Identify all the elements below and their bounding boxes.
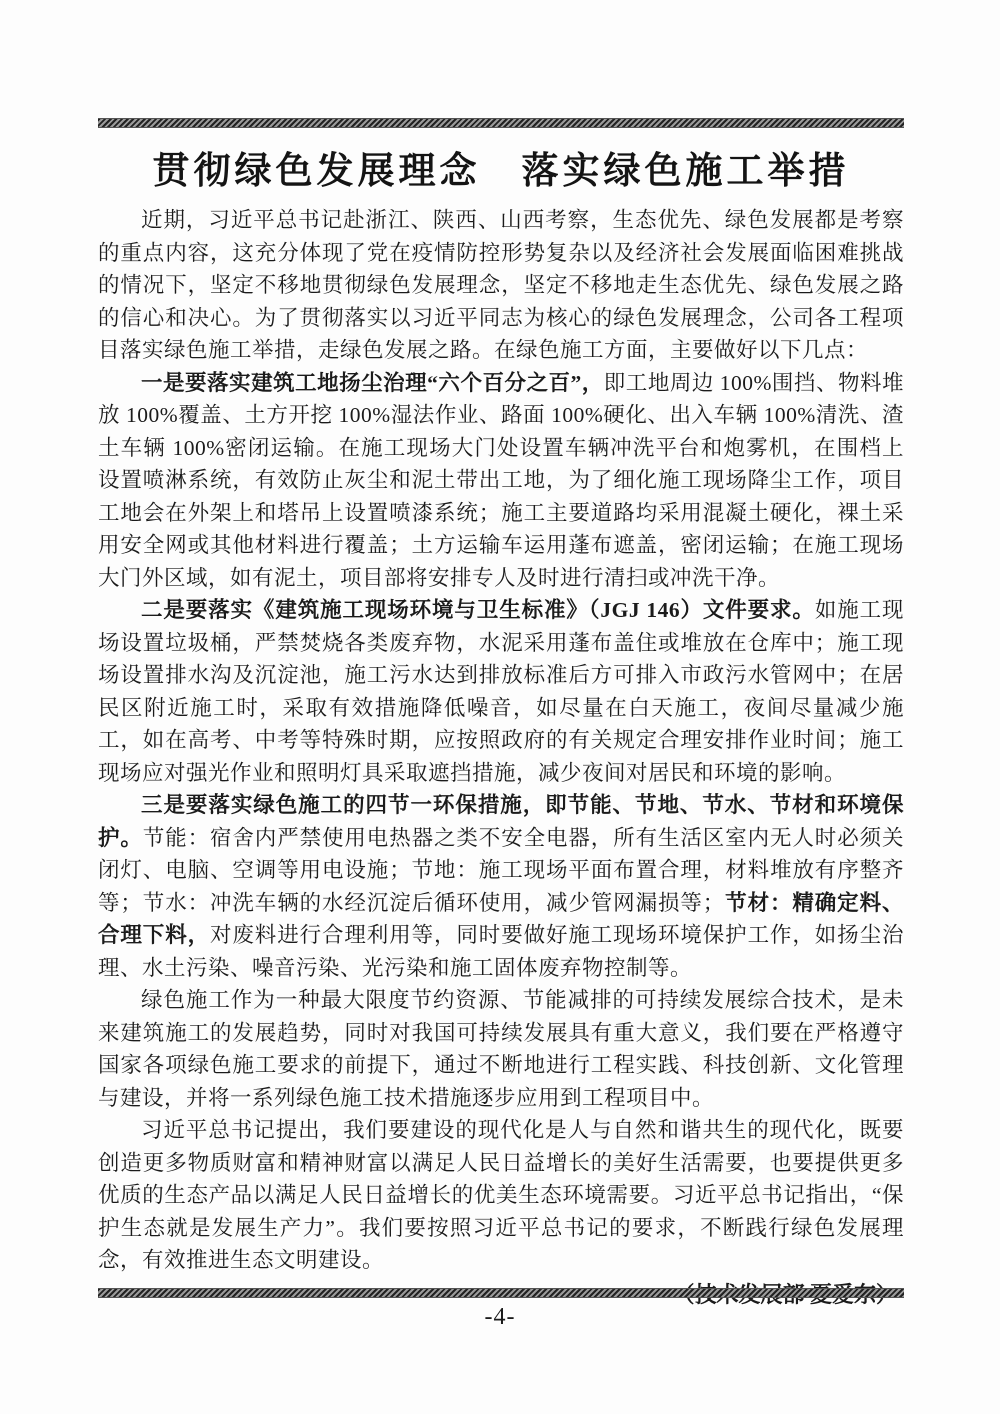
paragraph-text: 如施工现场设置垃圾桶，严禁焚烧各类废弃物，水泥采用蓬布盖住或堆放在仓库中；施工现… bbox=[98, 598, 904, 785]
top-divider bbox=[98, 118, 904, 128]
paragraph-lead-bold: 二是要落实《建筑施工现场环境与卫生标准》（JGJ 146）文件要求。 bbox=[141, 598, 815, 622]
paragraph: 绿色施工作为一种最大限度节约资源、节能减排的可持续发展综合技术，是未来建筑施工的… bbox=[98, 984, 904, 1114]
paragraph: 近期，习近平总书记赴浙江、陕西、山西考察，生态优先、绿色发展都是考察的重点内容，… bbox=[98, 204, 904, 367]
paragraph-text: 近期，习近平总书记赴浙江、陕西、山西考察，生态优先、绿色发展都是考察的重点内容，… bbox=[98, 208, 904, 362]
article-body: 近期，习近平总书记赴浙江、陕西、山西考察，生态优先、绿色发展都是考察的重点内容，… bbox=[98, 204, 904, 1277]
paragraph: 三是要落实绿色施工的四节一环保措施，即节能、节地、节水、节材和环境保护。节能：宿… bbox=[98, 789, 904, 984]
paragraph-lead-bold: 一是要落实建筑工地扬尘治理“六个百分之百”， bbox=[141, 371, 604, 395]
paragraph-text: 即工地周边 100%围挡、物料堆放 100%覆盖、土方开挖 100%湿法作业、路… bbox=[98, 371, 904, 590]
paragraph: 一是要落实建筑工地扬尘治理“六个百分之百”，即工地周边 100%围挡、物料堆放 … bbox=[98, 367, 904, 595]
document-page: 贯彻绿色发展理念 落实绿色施工举措 近期，习近平总书记赴浙江、陕西、山西考察，生… bbox=[0, 0, 1000, 1414]
bottom-divider bbox=[98, 1288, 904, 1298]
article-content: 贯彻绿色发展理念 落实绿色施工举措 近期，习近平总书记赴浙江、陕西、山西考察，生… bbox=[98, 118, 904, 1313]
paragraph-text: 对废料进行合理利用等，同时要做好施工现场环境保护工作，如扬尘治理、水土污染、噪音… bbox=[98, 923, 904, 980]
article-title: 贯彻绿色发展理念 落实绿色施工举措 bbox=[98, 140, 904, 194]
paragraph: 二是要落实《建筑施工现场环境与卫生标准》（JGJ 146）文件要求。如施工现场设… bbox=[98, 594, 904, 789]
page-number: -4- bbox=[0, 1304, 1000, 1331]
paragraph-text: 习近平总书记提出，我们要建设的现代化是人与自然和谐共生的现代化，既要创造更多物质… bbox=[98, 1118, 904, 1272]
paragraph-text: 绿色施工作为一种最大限度节约资源、节能减排的可持续发展综合技术，是未来建筑施工的… bbox=[98, 988, 904, 1110]
paragraph: 习近平总书记提出，我们要建设的现代化是人与自然和谐共生的现代化，既要创造更多物质… bbox=[98, 1114, 904, 1277]
